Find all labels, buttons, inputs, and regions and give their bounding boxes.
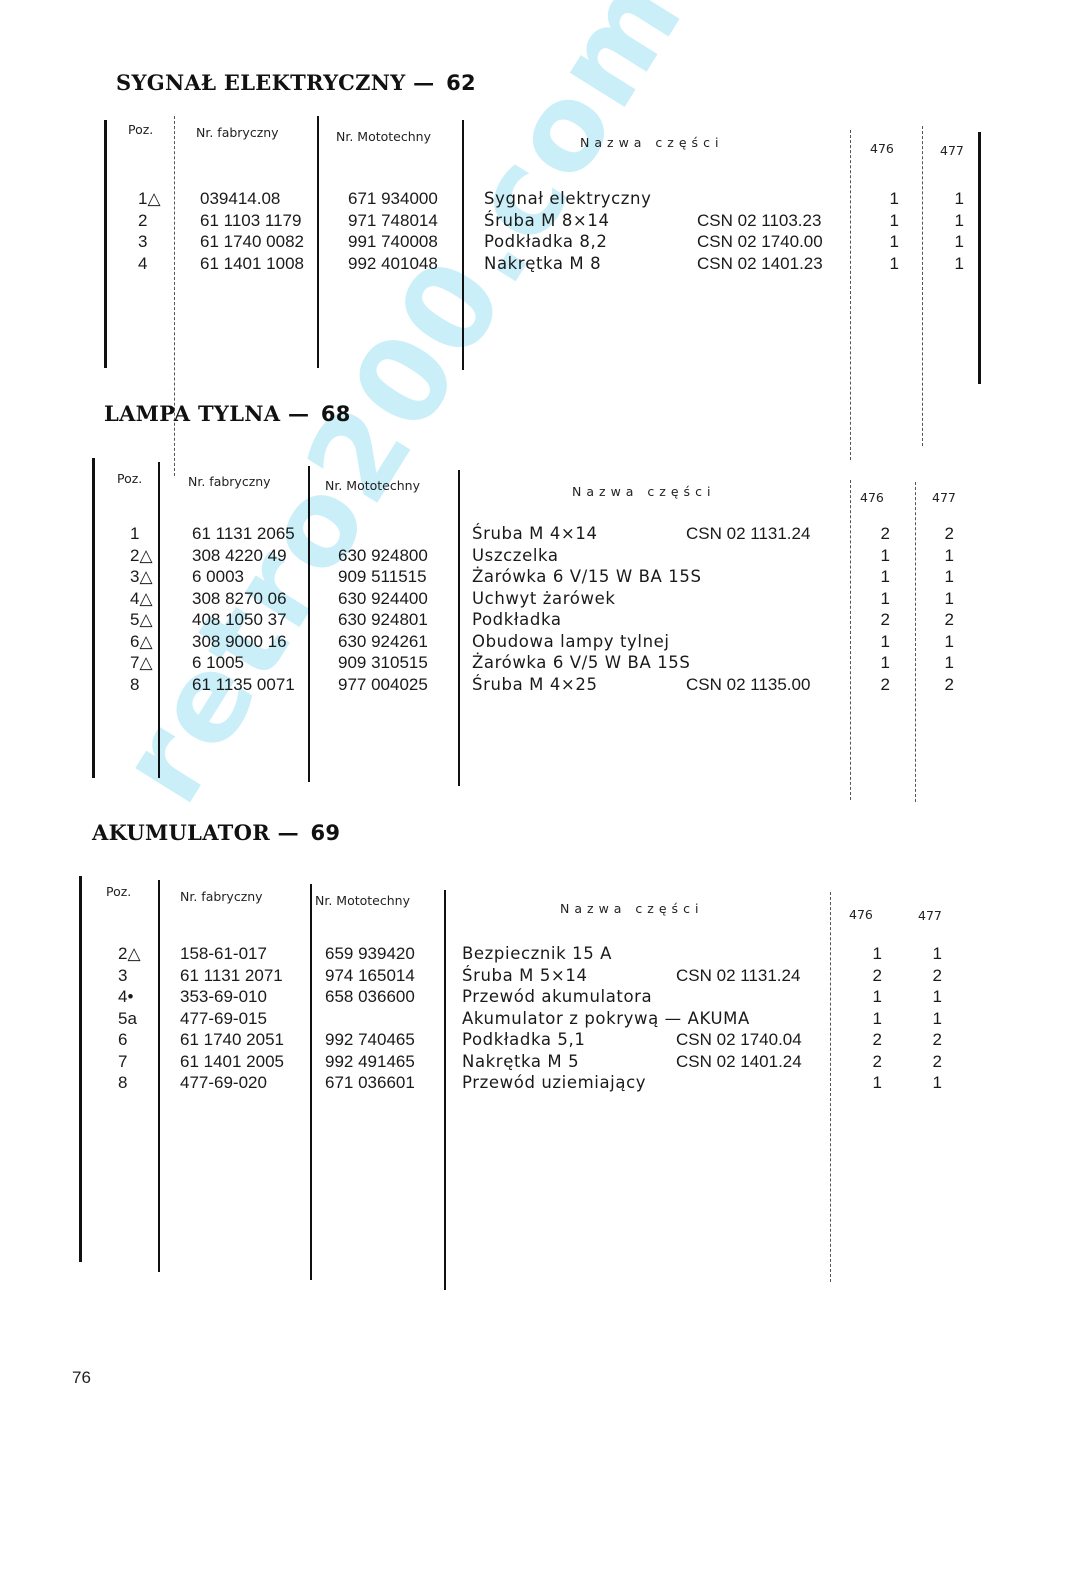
table-cell: 477-69-015 [180, 1008, 284, 1030]
table-cell [676, 1072, 802, 1094]
column-header-c476: 476 [849, 907, 873, 922]
column-header-fab: Nr. fabryczny [196, 125, 279, 140]
table-cell: 2 [868, 1051, 882, 1073]
table-cell: Podkładka 8,2 [484, 231, 651, 253]
column-poz: 12△3△4△5△6△7△8 [130, 523, 153, 695]
column-header-poz: Poz. [117, 471, 142, 486]
table-cell: 61 1103 1179 [200, 210, 304, 232]
table-cell: 5a [118, 1008, 141, 1030]
table-cell: 1 [940, 566, 954, 588]
table-cell: 971 748014 [348, 210, 438, 232]
column-divider [92, 458, 95, 778]
table-cell: 991 740008 [348, 231, 438, 253]
column-poz: 1△234 [138, 188, 161, 274]
column-header-poz: Poz. [128, 122, 153, 137]
table-cell [686, 588, 810, 610]
column-divider [317, 116, 319, 368]
column-header-moto: Nr. Mototechny [336, 129, 431, 144]
section-number: 69 [311, 821, 341, 845]
column-divider [850, 480, 851, 800]
table-cell: 7 [118, 1051, 141, 1073]
table-cell: Uchwyt żarówek [472, 588, 702, 610]
table-cell: 1 [928, 943, 942, 965]
table-cell: 158-61-017 [180, 943, 284, 965]
column-header-c477: 477 [918, 908, 942, 923]
table-cell [686, 631, 810, 653]
column-divider [978, 132, 981, 384]
column-header-poz: Poz. [106, 884, 131, 899]
table-cell: 8 [118, 1072, 141, 1094]
table-cell: Sygnał elektryczny [484, 188, 651, 210]
table-cell: 1 [940, 631, 954, 653]
section-number: 68 [321, 402, 351, 426]
table-cell: 4 [138, 253, 161, 275]
column-mototechny: 630 924800909 511515630 924400630 924801… [338, 523, 428, 695]
table-cell: 1 [876, 652, 890, 674]
column-divider [830, 892, 831, 1282]
table-cell: 630 924261 [338, 631, 428, 653]
table-cell: 4△ [130, 588, 153, 610]
section-title-text: AKUMULATOR — [92, 820, 299, 845]
table-cell: 4• [118, 986, 141, 1008]
table-cell: Żarówka 6 V/5 W BA 15S [472, 652, 702, 674]
table-cell: 1 [950, 231, 964, 253]
table-cell: 974 165014 [325, 965, 415, 987]
table-cell: 1 [885, 231, 899, 253]
table-cell: 2 [868, 1029, 882, 1051]
column-header-moto: Nr. Mototechny [315, 893, 410, 908]
table-cell: 1 [876, 588, 890, 610]
table-cell [686, 609, 810, 631]
table-cell: 1 [885, 210, 899, 232]
table-cell: 61 1135 0071 [192, 674, 295, 696]
column-q476: 1211221 [868, 943, 882, 1094]
section-number: 62 [446, 71, 476, 95]
table-cell [686, 652, 810, 674]
table-cell: 2 [928, 1051, 942, 1073]
table-cell: 039414.08 [200, 188, 304, 210]
table-cell: 671 934000 [348, 188, 438, 210]
column-q477: 1111 [950, 188, 964, 274]
table-cell: 61 1131 2065 [192, 523, 295, 545]
column-norma: CSN 02 1103.23CSN 02 1740.00CSN 02 1401.… [697, 188, 823, 274]
column-header-c476: 476 [870, 141, 894, 156]
table-cell: 1 [885, 188, 899, 210]
column-divider [462, 120, 464, 370]
table-cell: CSN 02 1103.23 [697, 210, 823, 232]
table-cell: 2 [876, 674, 890, 696]
table-cell: 1 [876, 545, 890, 567]
table-cell: 992 740465 [325, 1029, 415, 1051]
column-header-c477: 477 [940, 143, 964, 158]
table-cell: 1 [940, 588, 954, 610]
table-cell: Podkładka [472, 609, 702, 631]
table-cell: CSN 02 1135.00 [686, 674, 810, 696]
table-cell: CSN 02 1401.24 [676, 1051, 802, 1073]
column-divider [158, 462, 160, 778]
table-cell: 1 [940, 652, 954, 674]
table-cell: 992 401048 [348, 253, 438, 275]
table-cell: 630 924800 [338, 545, 428, 567]
table-cell: 2 [876, 523, 890, 545]
column-header-nazwa: Nazwa części [572, 484, 715, 499]
table-cell: 2△ [130, 545, 153, 567]
table-cell: 1 [868, 986, 882, 1008]
table-cell: 477-69-020 [180, 1072, 284, 1094]
column-header-moto: Nr. Mototechny [325, 478, 420, 493]
column-divider [444, 890, 446, 1290]
table-cell: 1 [885, 253, 899, 275]
table-cell: 1 [876, 631, 890, 653]
table-cell: 3△ [130, 566, 153, 588]
table-cell: 3 [118, 965, 141, 987]
column-q476: 21112112 [876, 523, 890, 695]
section-title-lampa: LAMPA TYLNA — 68 [104, 401, 351, 426]
column-header-c477: 477 [932, 490, 956, 505]
table-cell [325, 1008, 415, 1030]
table-cell: CSN 02 1401.23 [697, 253, 823, 275]
table-cell: 7△ [130, 652, 153, 674]
column-divider [922, 126, 923, 446]
table-cell: 1 [940, 545, 954, 567]
table-cell: 1 [868, 1008, 882, 1030]
table-cell: CSN 02 1740.04 [676, 1029, 802, 1051]
table-cell [697, 188, 823, 210]
table-cell: 658 036600 [325, 986, 415, 1008]
column-nazwa: Sygnał elektrycznyŚruba M 8×14Podkładka … [484, 188, 651, 274]
table-cell: 61 1740 0082 [200, 231, 304, 253]
table-cell: 353-69-010 [180, 986, 284, 1008]
column-header-fab: Nr. fabryczny [180, 889, 263, 904]
page-number: 76 [72, 1368, 91, 1388]
table-cell: 61 1401 2005 [180, 1051, 284, 1073]
column-header-nazwa: Nazwa części [560, 901, 703, 916]
table-cell: 308 4220 49 [192, 545, 295, 567]
table-cell: 2 [928, 965, 942, 987]
column-q477: 21112112 [940, 523, 954, 695]
table-cell: 408 1050 37 [192, 609, 295, 631]
table-cell: 992 491465 [325, 1051, 415, 1073]
table-cell: 5△ [130, 609, 153, 631]
table-cell: 977 004025 [338, 674, 428, 696]
table-cell: 8 [130, 674, 153, 696]
table-cell [686, 545, 810, 567]
table-cell: 3 [138, 231, 161, 253]
column-divider [158, 880, 160, 1272]
table-cell: 1 [950, 253, 964, 275]
table-cell: 6△ [130, 631, 153, 653]
table-cell: 308 9000 16 [192, 631, 295, 653]
table-cell [686, 566, 810, 588]
column-divider [850, 130, 851, 460]
table-cell: 2 [868, 965, 882, 987]
table-cell: 6 [118, 1029, 141, 1051]
table-cell: Nakrętka M 8 [484, 253, 651, 275]
table-cell: 1 [950, 210, 964, 232]
table-cell [338, 523, 428, 545]
table-cell: 6 1005 [192, 652, 295, 674]
column-header-nazwa: Nazwa części [580, 135, 723, 150]
table-cell: 61 1740 2051 [180, 1029, 284, 1051]
table-cell: 1 [868, 1072, 882, 1094]
column-divider [310, 884, 312, 1280]
table-cell: 6 0003 [192, 566, 295, 588]
column-q476: 1111 [885, 188, 899, 274]
column-divider [915, 482, 916, 802]
column-fabryczny: 039414.0861 1103 117961 1740 008261 1401… [200, 188, 304, 274]
column-header-fab: Nr. fabryczny [188, 474, 271, 489]
column-header-c476: 476 [860, 490, 884, 505]
table-cell: 61 1401 1008 [200, 253, 304, 275]
column-mototechny: 671 934000971 748014991 740008992 401048 [348, 188, 438, 274]
section-title-sygnal: SYGNAŁ ELEKTRYCZNY — 62 [116, 70, 476, 95]
column-divider [104, 120, 107, 368]
table-cell: 1 [130, 523, 153, 545]
table-cell [676, 1008, 802, 1030]
table-cell: 1 [868, 943, 882, 965]
table-cell: 1 [876, 566, 890, 588]
table-cell: Śruba M 8×14 [484, 210, 651, 232]
column-norma: CSN 02 1131.24 CSN 02 1135.00 [686, 523, 810, 695]
column-fabryczny: 158-61-01761 1131 2071353-69-010477-69-0… [180, 943, 284, 1094]
table-cell: 671 036601 [325, 1072, 415, 1094]
column-nazwa: Śruba M 4×14UszczelkaŻarówka 6 V/15 W BA… [472, 523, 702, 695]
table-cell: Uszczelka [472, 545, 702, 567]
table-cell: 1 [950, 188, 964, 210]
column-poz: 2△34•5a678 [118, 943, 141, 1094]
section-title-akumulator: AKUMULATOR — 69 [92, 820, 340, 845]
table-cell: 2 [928, 1029, 942, 1051]
table-cell: 308 8270 06 [192, 588, 295, 610]
table-cell: CSN 02 1131.24 [686, 523, 810, 545]
table-cell: 630 924801 [338, 609, 428, 631]
table-cell: Obudowa lampy tylnej [472, 631, 702, 653]
table-cell: 659 939420 [325, 943, 415, 965]
table-cell: 2 [940, 609, 954, 631]
section-title-text: LAMPA TYLNA — [104, 401, 309, 426]
section-title-text: SYGNAŁ ELEKTRYCZNY — [116, 70, 434, 95]
table-cell: Żarówka 6 V/15 W BA 15S [472, 566, 702, 588]
table-cell: 61 1131 2071 [180, 965, 284, 987]
table-cell [676, 943, 802, 965]
column-divider [79, 876, 82, 1262]
table-cell: 909 511515 [338, 566, 428, 588]
table-cell: CSN 02 1131.24 [676, 965, 802, 987]
table-cell: 1 [928, 1008, 942, 1030]
table-cell: 2 [876, 609, 890, 631]
table-cell: 2 [940, 674, 954, 696]
table-cell: 2△ [118, 943, 141, 965]
table-cell: 2 [940, 523, 954, 545]
table-cell: 2 [138, 210, 161, 232]
table-cell: 630 924400 [338, 588, 428, 610]
column-q477: 1211221 [928, 943, 942, 1094]
table-cell: 909 310515 [338, 652, 428, 674]
table-cell: Śruba M 4×14 [472, 523, 702, 545]
column-divider [308, 466, 310, 782]
table-cell: Śruba M 4×25 [472, 674, 702, 696]
column-fabryczny: 61 1131 2065308 4220 496 0003308 8270 06… [192, 523, 295, 695]
table-cell [676, 986, 802, 1008]
column-mototechny: 659 939420974 165014658 036600 992 74046… [325, 943, 415, 1094]
column-divider [458, 470, 460, 786]
table-cell: 1 [928, 1072, 942, 1094]
table-cell: CSN 02 1740.00 [697, 231, 823, 253]
table-cell: 1△ [138, 188, 161, 210]
column-norma: CSN 02 1131.24 CSN 02 1740.04CSN 02 1401… [676, 943, 802, 1094]
table-cell: 1 [928, 986, 942, 1008]
